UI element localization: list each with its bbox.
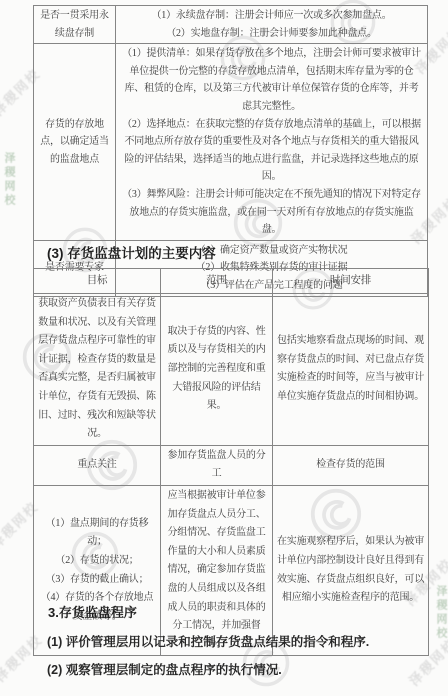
check-scope-cell: 在实施观察程序后，如果认为被审计单位内部控制设计良好且得到有效实施、存货盘点组织… [273,485,429,655]
row-content-cell: （1）提供清单：如果存货存放在多个地点，注册会计师可要求被审计单位提供一份完整的… [116,44,428,241]
row-label-cell: 存货的存放地点，以确定适当的监盘地点 [34,44,116,241]
subheader-cell: 重点关注 [34,445,161,485]
column-header: 时间安排 [273,269,429,294]
procedure-item: (1) 评价管理层用以记录和控制存货盘点结果的指令和程序. [47,632,369,650]
scope-cell: 取决于存货的内容、性质以及与存货相关的内部控制的完善程度和重大错报风险的评估结果… [161,294,273,446]
table-row: 获取资产负债表日有关存货数量和状况、以及有关管理层存货盘点程序可靠性的审计证据，… [34,294,429,446]
section-heading-procedure: 3.存货监盘程序 [48,602,137,621]
subheader-cell: 参加存货监盘人员的分工 [161,445,273,485]
document-page: 泽稷网校 泽稷网校 泽稷网校 泽稷网校 泽稷网校 泽稷网校 泽稷网校 泽稷网校 … [0,0,448,696]
column-header: 范围 [161,269,273,294]
section-heading-plan: (3) 存货监盘计划的主要内容 [47,242,216,262]
table-header-row: 目标 范围 时间安排 [34,269,429,294]
table-row: （1）盘点期间的存货移动； （2）存货的状况； （3）存货的截止确认； （4）存… [34,485,429,655]
procedure-item: (2) 观察管理层制定的盘点程序的执行情况. [47,660,282,678]
timing-cell: 包括实地察看盘点现场的时间、观察存货盘点的时间、对已盘点存货实施检查的时间等，应… [273,294,429,446]
table-row: 存货的存放地点，以确定适当的监盘地点 （1）提供清单：如果存货存放在多个地点，注… [34,44,428,241]
count-plan-contents-table: 目标 范围 时间安排 获取资产负债表日有关存货数量和状况、以及有关管理层存货盘点… [33,268,429,656]
document-content: 是否一贯采用永续盘存制 （1）永续盘存制：注册会计师应一次或多次参加盘点。 （2… [0,0,448,696]
staffing-cell: 应当根据被审计单位参加存货盘点人员分工、分组情况、存货监盘工作量的大小和人员素质… [161,485,273,655]
focus-points-cell: （1）盘点期间的存货移动； （2）存货的状况； （3）存货的截止确认； （4）存… [34,485,161,655]
table-subheader-row: 重点关注 参加存货监盘人员的分工 检查存货的范围 [34,445,429,485]
row-content-cell: （1）永续盘存制：注册会计师应一次或多次参加盘点。 （2）实地盘存制：注册会计师… [116,6,428,44]
table-row: 是否一贯采用永续盘存制 （1）永续盘存制：注册会计师应一次或多次参加盘点。 （2… [34,6,428,44]
column-header: 目标 [34,269,161,294]
goal-cell: 获取资产负债表日有关存货数量和状况、以及有关管理层存货盘点程序可靠性的审计证据，… [34,294,161,446]
subheader-cell: 检查存货的范围 [273,445,429,485]
row-label-cell: 是否一贯采用永续盘存制 [34,6,116,44]
